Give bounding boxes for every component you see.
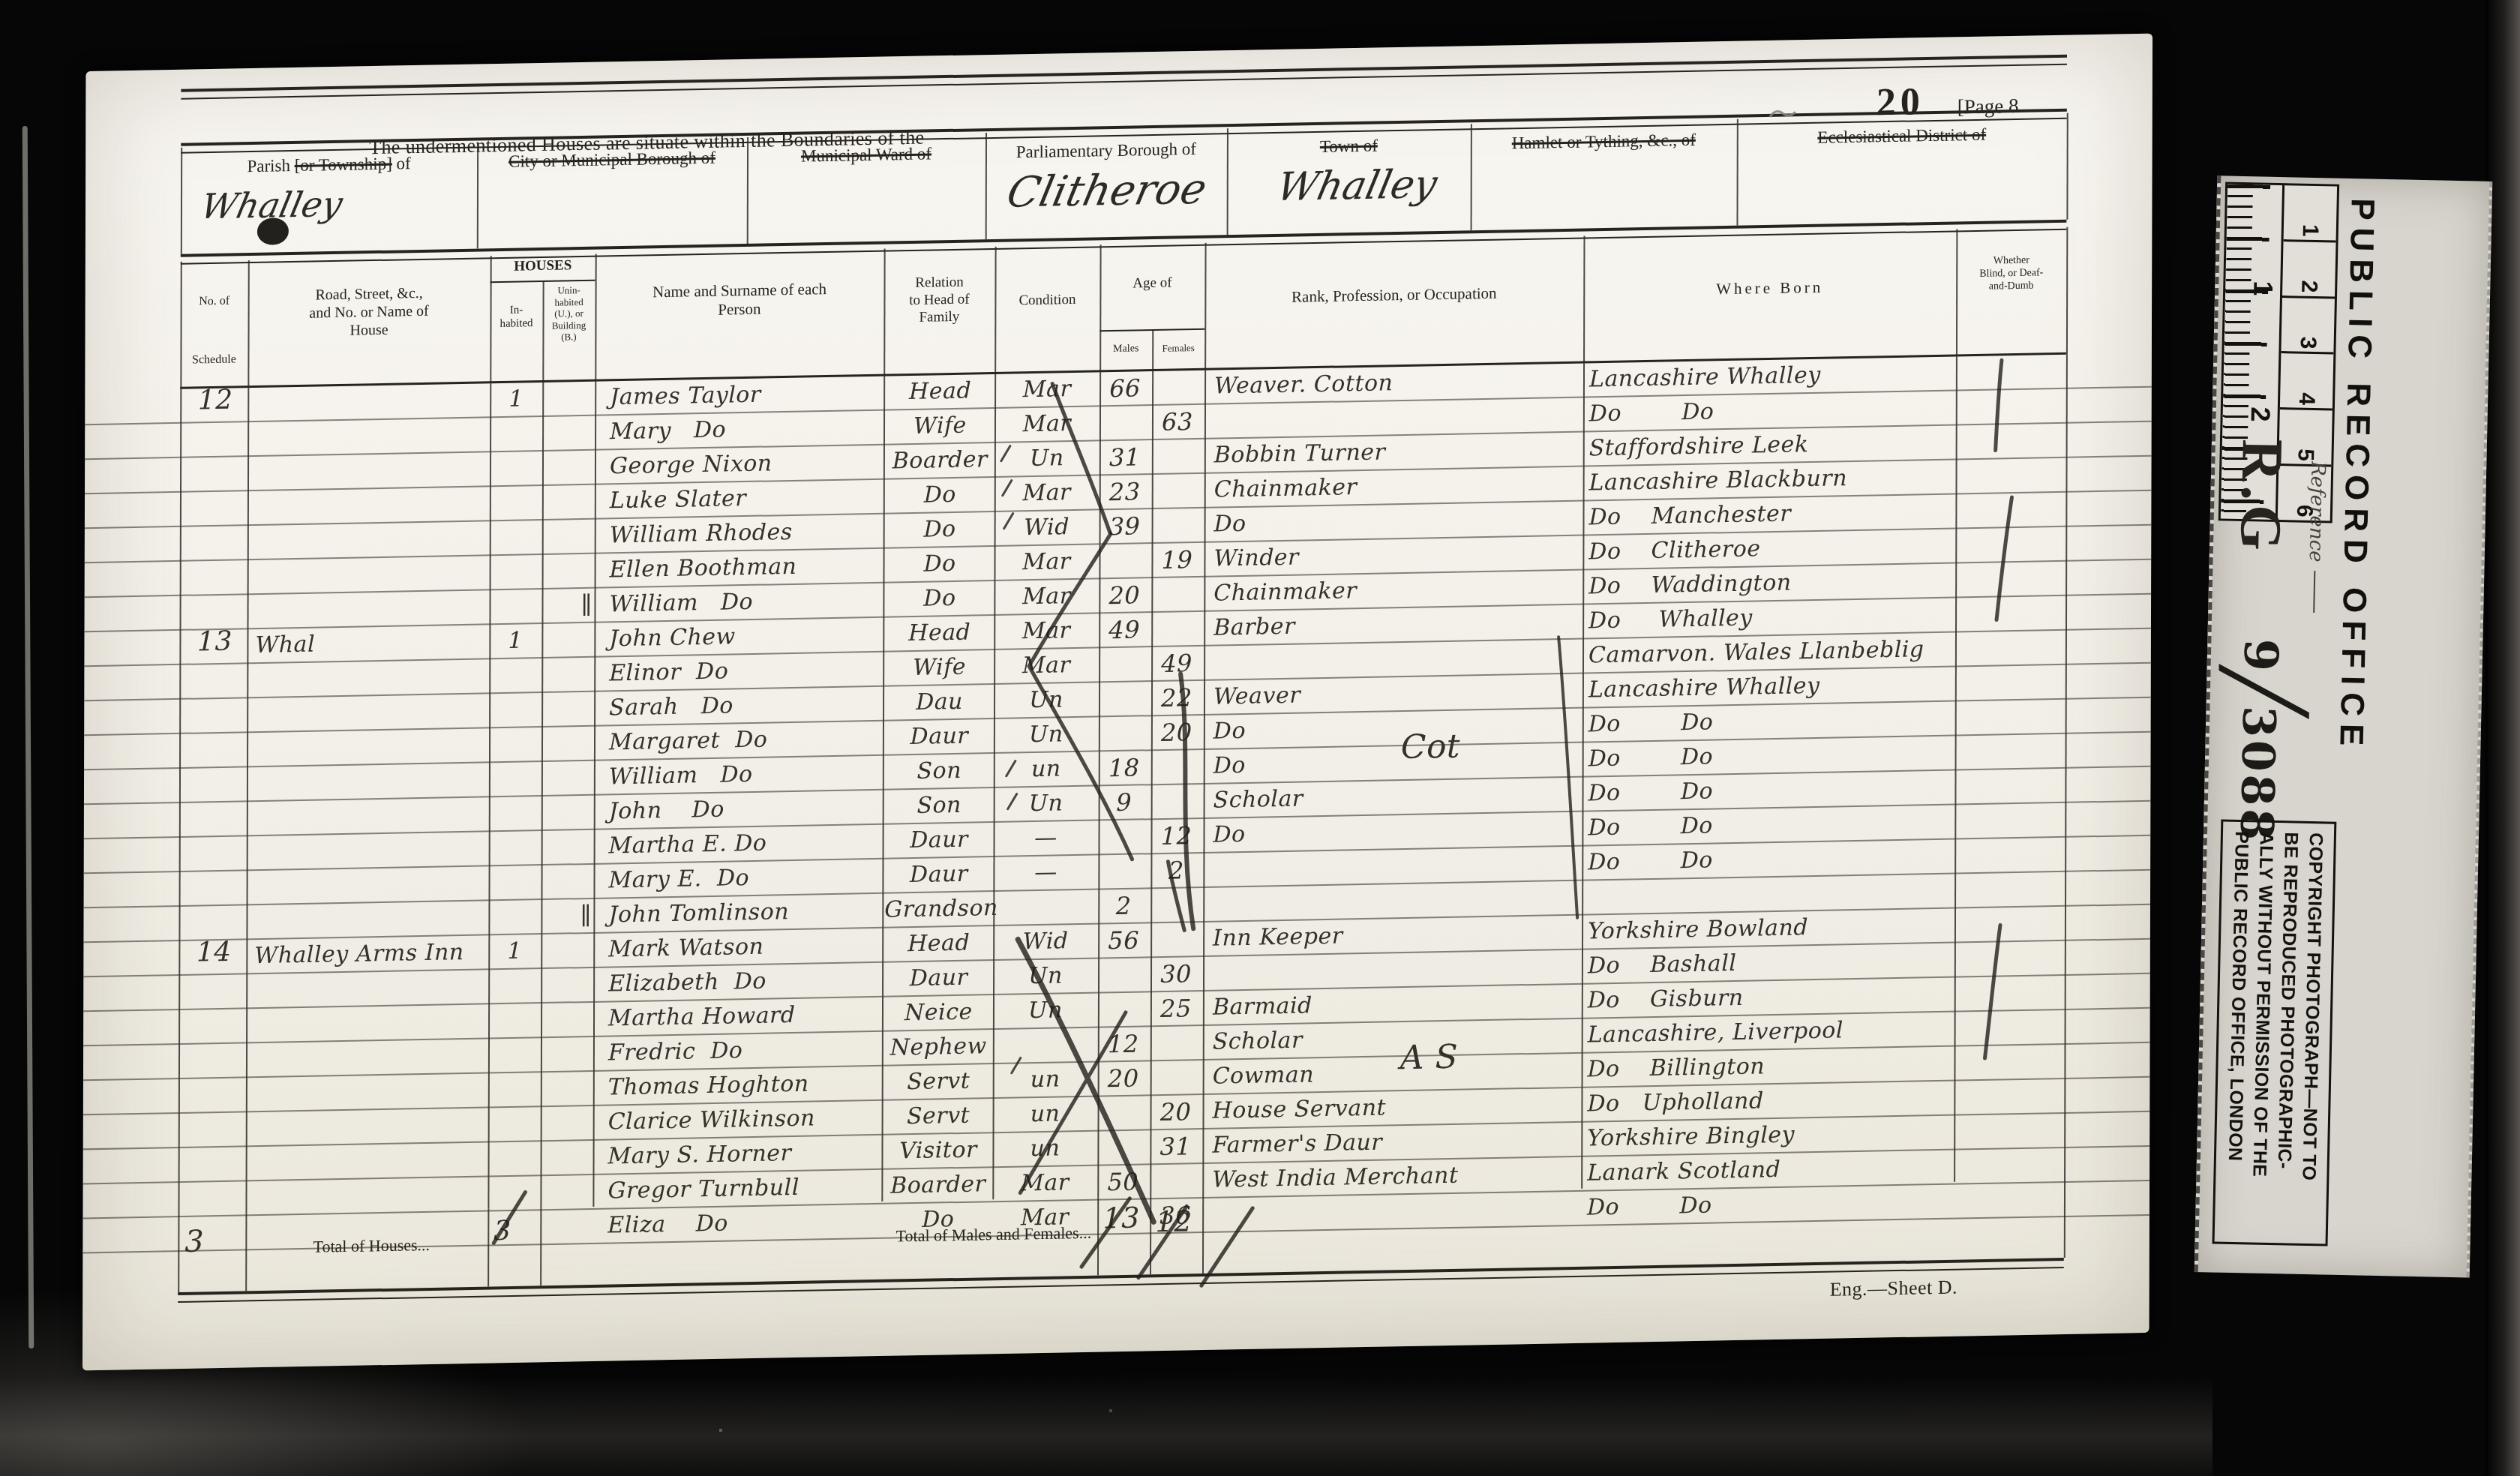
cell-name: Martha Howard <box>608 1000 796 1034</box>
copyright-line: COPYRIGHT PHOTOGRAPH—NOT TO <box>2296 832 2326 1234</box>
cell-occupation: Weaver <box>1213 681 1300 712</box>
cell-relation: Do <box>885 548 994 580</box>
cell-relation: Nephew <box>884 1031 993 1063</box>
cell-schedule: 12 <box>182 385 248 416</box>
cell-born: Yorkshire Bingley <box>1587 1120 1795 1154</box>
city-label: City or Municipal Borough of <box>507 148 717 172</box>
cell-born: Do Upholland <box>1587 1086 1763 1119</box>
col-name: Name and Surname of each Person <box>595 279 883 322</box>
cell-relation: Neice <box>884 997 993 1029</box>
cell-relation: Wife <box>886 410 994 442</box>
cell-name: George Nixon <box>610 448 772 481</box>
cell-name: Luke Slater <box>610 484 746 516</box>
hamlet-cell: Hamlet or Tything, &c., of <box>1471 119 1737 231</box>
cell-condition: un <box>994 1133 1095 1165</box>
pro-office-stamp: PUBLIC RECORD OFFICE <box>2330 198 2380 821</box>
cell-born: Do Whalley <box>1588 603 1753 636</box>
cell-name: Mary E. Do <box>608 863 749 895</box>
cell-male: 18 <box>1099 752 1150 783</box>
col-road: Road, Street, &c., and No. or Name of Ho… <box>248 283 490 341</box>
town-cell: Town of Whalley <box>1227 124 1471 235</box>
cell-female: 2 <box>1150 855 1201 886</box>
reference-label: Reference <box>2303 461 2329 613</box>
cell-name: Elizabeth Do <box>608 967 766 1000</box>
cell-condition: Un <box>997 442 1097 474</box>
cell-relation: Son <box>885 790 994 822</box>
col-relation: Relation to Head of Family <box>883 274 994 327</box>
cell-relation: Boarder <box>886 445 994 477</box>
cell-occupation: Barmaid <box>1213 991 1312 1022</box>
cell-born: Do Manchester <box>1588 499 1791 532</box>
cell-relation: Do <box>886 514 994 546</box>
parish-label: Parish [or Township] of <box>181 153 477 178</box>
cell-condition: Mar <box>996 615 1096 646</box>
cell-relation: Head <box>884 928 993 960</box>
ruler-inch-2: 2 <box>2244 406 2275 422</box>
cell-occupation: Bobbin Turner <box>1214 437 1386 470</box>
cell-name: William Do <box>609 587 753 620</box>
cell-condition: Mar <box>994 1168 1095 1199</box>
cell-name: Mary Do <box>610 415 726 447</box>
cell-born: Yorkshire Bowland <box>1588 913 1808 946</box>
town-label: Town of <box>1227 134 1471 158</box>
cell-occupation: House Servant <box>1212 1093 1386 1126</box>
cell-male: 20 <box>1099 580 1150 610</box>
col-inhabited: In- habited <box>490 303 542 331</box>
cell-occupation: Barber <box>1213 612 1295 643</box>
cell-born: Do Waddington <box>1588 568 1791 602</box>
cell-relation: Dau <box>885 686 994 718</box>
parliamentary-borough-cell: Parliamentary Borough of Clitheroe <box>985 128 1227 239</box>
cell-occupation: Chainmaker <box>1214 472 1357 505</box>
cell-occupation: Weaver. Cotton <box>1214 368 1393 401</box>
cell-relation: Daur <box>884 962 993 994</box>
city-cell: City or Municipal Borough of <box>477 137 747 249</box>
total-males-females-label: Total of Males and Females... <box>607 1223 1091 1252</box>
piece-number: 9 ╱ 3088 <box>2230 638 2304 844</box>
cell-occupation: Do <box>1213 751 1246 781</box>
cell-born: Lanark Scotland <box>1587 1155 1780 1189</box>
cell-relation: Head <box>886 376 994 408</box>
cell-occupation: Do <box>1213 820 1245 850</box>
cell-male: 56 <box>1098 925 1149 955</box>
cell-male: 31 <box>1099 442 1150 472</box>
cell-female: 30 <box>1150 958 1201 989</box>
cell-condition: Mar <box>996 546 1096 577</box>
slash-mark: ╱ <box>2228 667 2299 716</box>
cell-born: Do Do <box>1588 742 1714 774</box>
ward-label: Municipal Ward of <box>747 143 985 167</box>
ruler-cm-4: 4 <box>2280 354 2334 411</box>
total-males-value: 13 <box>1096 1201 1147 1234</box>
cell-condition: Un <box>996 719 1096 751</box>
schedule-total-value: 3 <box>184 1224 204 1258</box>
hamlet-label: Hamlet or Tything, &c., of <box>1471 130 1737 154</box>
cell-name: John Chew <box>609 622 736 654</box>
cell-condition: Mar <box>997 408 1097 439</box>
cell-male: 9 <box>1099 787 1150 817</box>
cell-female: 20 <box>1151 717 1202 748</box>
ruler-cm-2: 2 <box>2282 241 2336 298</box>
col-females: Females <box>1152 342 1204 355</box>
cell-condition: Mar <box>997 373 1097 405</box>
cell-born: Do Do <box>1588 811 1713 843</box>
total-houses-value: 3 <box>493 1216 511 1246</box>
cell-born: Lancashire, Liverpool <box>1588 1015 1843 1050</box>
cell-condition: Un <box>996 788 1096 820</box>
cell-condition: — <box>995 857 1096 889</box>
cell-occupation: Farmer's Daur <box>1212 1128 1382 1161</box>
cell-female: 49 <box>1151 648 1202 679</box>
cell-female: 12 <box>1150 820 1201 851</box>
cell-condition: Wid <box>995 926 1096 958</box>
cell-female: 19 <box>1151 544 1202 575</box>
cell-name: Sarah Do <box>609 691 733 723</box>
cell-prefix: ∥ <box>580 590 592 620</box>
cell-name: Fredric Do <box>608 1036 743 1068</box>
cell-name: William Do <box>609 760 753 793</box>
cell-born: Lancashire Blackburn <box>1589 463 1848 498</box>
cell-condition: Un <box>995 995 1096 1027</box>
cell-born: Camarvon. Wales Llanbeblig <box>1588 634 1924 670</box>
col-age: Age of <box>1099 274 1204 293</box>
cell-relation: Servt <box>884 1100 993 1132</box>
parish-cell: Parish [or Township] of Whalley <box>181 142 477 254</box>
cell-occupation: Scholar <box>1213 784 1303 815</box>
cell-condition: — <box>996 823 1096 854</box>
col-schedule-l1: No. of <box>181 293 248 309</box>
cell-born: Do Billington <box>1588 1051 1765 1084</box>
cell-female: 31 <box>1150 1131 1201 1162</box>
cell-name: John Tomlinson <box>608 897 789 930</box>
cell-name: Mary S. Horner <box>608 1138 792 1171</box>
cell-female: 25 <box>1150 993 1201 1024</box>
col-rank: Rank, Profession, or Occupation <box>1204 283 1583 308</box>
col-uninhabited: Unin- habited (U.), or Building (B.) <box>542 284 595 343</box>
col-schedule-l2: Schedule <box>180 352 247 367</box>
sheet-footer: Eng.—Sheet D. <box>1830 1276 1957 1301</box>
parliamentary-borough-value: Clitheroe <box>1008 165 1206 217</box>
microfilm-scan: The undermentioned Houses are situate wi… <box>0 0 2520 1476</box>
census-sheet: The undermentioned Houses are situate wi… <box>82 34 2152 1371</box>
town-value: Whalley <box>1278 162 1436 210</box>
cell-occupation: Do <box>1213 716 1246 747</box>
pro-stamp-inner: PUBLIC RECORD OFFICE 123456 1 2 Referenc… <box>2194 175 2493 1277</box>
cell-female: 22 <box>1151 682 1202 713</box>
cell-name: Margaret Do <box>609 725 767 758</box>
cell-condition: Mar <box>996 649 1096 681</box>
cell-relation: Do <box>885 583 994 615</box>
cell-condition: Mar <box>996 580 1096 612</box>
cell-born: Do Do <box>1588 776 1713 808</box>
cell-relation: Do <box>886 479 994 511</box>
film-dust <box>0 0 1 1</box>
cell-relation: Servt <box>884 1066 993 1098</box>
cell-born: Do Do <box>1589 397 1714 429</box>
cell-name: Elinor Do <box>609 656 728 688</box>
cell-male: 39 <box>1099 511 1150 541</box>
ruler-cm-1: 1 <box>2284 185 2338 242</box>
cell-schedule: 14 <box>181 937 247 968</box>
parish-value: Whalley <box>202 184 342 226</box>
cell-inhabited: 1 <box>488 936 541 967</box>
cell-born: Lancashire Whalley <box>1588 671 1820 706</box>
cell-male: 23 <box>1099 476 1150 507</box>
cell-name: Clarice Wilkinson <box>608 1103 815 1137</box>
cell-condition: Wid <box>997 511 1097 543</box>
cell-schedule: 13 <box>181 626 247 658</box>
col-males: Males <box>1099 343 1152 356</box>
cell-relation: Daur <box>885 721 994 753</box>
series-number: 9 <box>2233 638 2289 672</box>
cell-female: 20 <box>1150 1096 1201 1127</box>
ward-cell: Municipal Ward of <box>747 133 985 244</box>
cell-note: Cot <box>1401 732 1460 763</box>
cell-born: Do Bashall <box>1588 949 1737 982</box>
cell-name: Gregor Turnbull <box>607 1173 799 1207</box>
ecclesiastical-label: Ecclesiastical District of <box>1737 124 2067 150</box>
cell-occupation: Chainmaker <box>1213 576 1357 609</box>
col-houses: HOUSES <box>490 257 595 276</box>
parliamentary-borough-label: Parliamentary Borough of <box>985 139 1227 163</box>
cell-condition: Mar <box>997 477 1097 508</box>
col-condition: Condition <box>994 291 1099 310</box>
cell-inhabited: 1 <box>489 625 541 656</box>
cell-relation: Visitor <box>883 1135 992 1167</box>
record-series: R.G <box>2227 439 2296 556</box>
cell-born: Do Gisburn <box>1588 983 1744 1016</box>
col-blind: Whether Blind, or Deaf- and-Dumb <box>1956 254 2066 294</box>
cell-prefix: ∥ <box>580 901 591 931</box>
cell-born: Do Do <box>1588 845 1713 877</box>
cell-road: Whal <box>255 630 315 661</box>
cell-occupation: Winder <box>1213 543 1299 574</box>
cell-relation: Daur <box>884 859 993 891</box>
total-females-value: 12 <box>1148 1204 1199 1238</box>
cell-condition: un <box>996 754 1096 785</box>
cell-occupation: West India Merchant <box>1212 1161 1458 1195</box>
cell-relation: Grandson <box>884 893 993 925</box>
pro-stamp-strip: PUBLIC RECORD OFFICE 123456 1 2 Referenc… <box>2201 175 2493 1277</box>
cell-male: 66 <box>1099 373 1150 403</box>
cell-occupation: Cowman <box>1213 1060 1314 1091</box>
cell-condition: un <box>995 1064 1096 1096</box>
cell-note: A S <box>1400 1042 1458 1073</box>
copyright-stamp: COPYRIGHT PHOTOGRAPH—NOT TOBE REPRODUCED… <box>2212 820 2337 1246</box>
cell-occupation: Scholar <box>1213 1026 1303 1057</box>
cell-relation: Daur <box>885 824 994 856</box>
cell-born: Lancashire Whalley <box>1589 361 1821 395</box>
cell-male: 12 <box>1098 1028 1149 1059</box>
cell-born: Do Clitheroe <box>1588 534 1760 567</box>
cell-condition: Un <box>995 961 1096 992</box>
cell-relation: Wife <box>885 652 994 684</box>
cell-male: 20 <box>1098 1063 1149 1093</box>
cell-male: 2 <box>1098 890 1149 921</box>
ecclesiastical-cell: Ecclesiastical District of <box>1736 113 2066 226</box>
ruler-cm-3: 3 <box>2281 298 2335 355</box>
cell-name: Mark Watson <box>608 932 763 965</box>
col-born: Where Born <box>1583 275 1956 301</box>
cell-name: John Do <box>609 795 724 827</box>
cell-name: William Rhodes <box>610 517 793 550</box>
top-rule <box>181 55 2067 100</box>
cell-female: 63 <box>1152 406 1203 437</box>
cell-relation: Son <box>885 755 994 787</box>
cell-occupation: Do <box>1214 509 1246 540</box>
cell-born: Do Do <box>1588 707 1714 739</box>
cell-born: Staffordshire Leek <box>1589 430 1809 463</box>
cell-male: 49 <box>1099 614 1150 645</box>
cell-name: James Taylor <box>610 380 761 413</box>
table-body: 121James TaylorHeadMar66Weaver. CottonLa… <box>83 353 2152 1216</box>
cell-relation: Boarder <box>883 1169 992 1201</box>
cell-name: Martha E. Do <box>609 829 767 862</box>
ruler-inch-1: 1 <box>2247 280 2278 296</box>
cell-relation: Head <box>885 617 994 649</box>
cell-occupation: Inn Keeper <box>1213 922 1343 954</box>
film-edge-line <box>22 126 34 1348</box>
total-houses-label: Total of Houses... <box>262 1234 480 1258</box>
cell-name: Thomas Hoghton <box>608 1069 809 1103</box>
cell-condition: un <box>995 1099 1096 1130</box>
cell-male: 50 <box>1097 1166 1148 1197</box>
cell-condition: Un <box>996 685 1096 716</box>
cell-inhabited: 1 <box>490 384 542 415</box>
cell-name: Ellen Boothman <box>610 552 797 586</box>
cell-road: Whalley Arms Inn <box>254 937 463 971</box>
